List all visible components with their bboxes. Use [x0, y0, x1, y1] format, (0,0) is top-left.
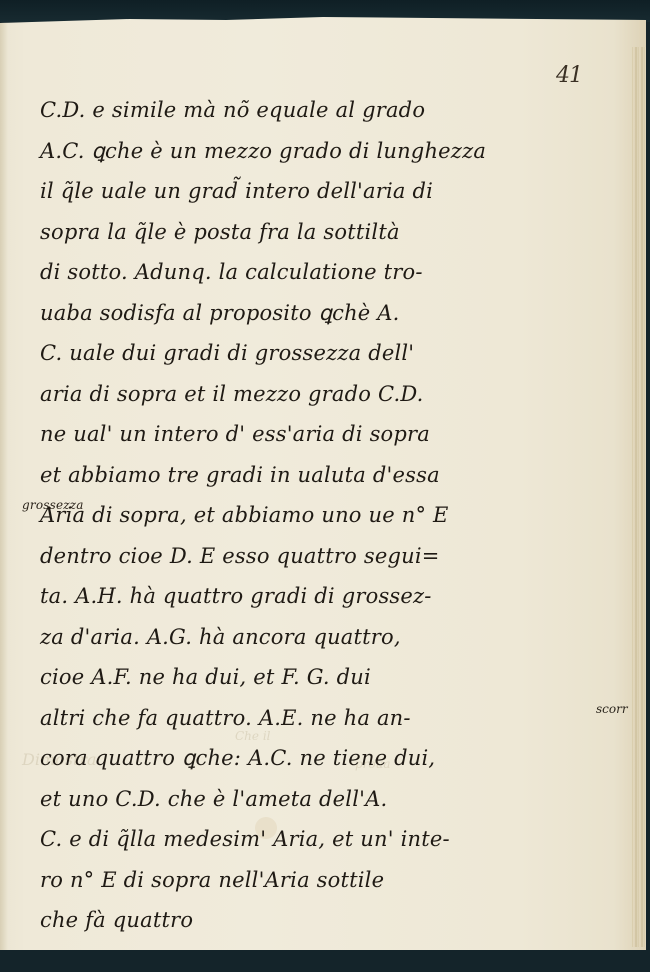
manuscript-line: C. e di q̃lla medesim' Aria, et un' inte…: [40, 824, 460, 865]
manuscript-line: za d'aria. A.G. hà ancora quattro,: [40, 622, 460, 663]
manuscript-text-block: C.D. e simile mà nõ equale al grado A.C.…: [40, 95, 460, 946]
manuscript-line: dentro cioe D. E esso quattro segui=: [40, 541, 460, 582]
manuscript-line: C. uale dui gradi di grossezza dell': [40, 338, 460, 379]
manuscript-line: che fà quattro: [40, 905, 460, 946]
manuscript-line: ro n° E di sopra nell'Aria sottile: [40, 865, 460, 906]
manuscript-line: et uno C.D. che è l'ameta dell'A.: [40, 784, 460, 825]
manuscript-line: sopra la q̃le è posta fra la sottiltà: [40, 217, 460, 258]
manuscript-line: il q̃le uale un grad̃ intero dell'aria d…: [40, 176, 460, 217]
manuscript-line: di sotto. Adunq. la calculatione tro-: [40, 257, 460, 298]
manuscript-page: 41 Dimostra Che il proua C.D. e simile m…: [0, 17, 646, 953]
manuscript-line: ta. A.H. hà quattro gradi di grossez-: [40, 581, 460, 622]
manuscript-line: uaba sodisfa al proposito ꝗchè A.: [40, 298, 460, 339]
manuscript-line: ne ual' un intero d' ess'aria di sopra: [40, 419, 460, 460]
folio-number: 41: [556, 63, 582, 88]
manuscript-line: cora quattro ꝗche: A.C. ne tiene dui,: [40, 743, 460, 784]
catchword: scorr: [596, 702, 628, 716]
page-edge-stack: [632, 47, 646, 947]
manuscript-line: C.D. e simile mà nõ equale al grado: [40, 95, 460, 136]
interlinear-insertion: grossezza: [22, 490, 84, 520]
manuscript-line: A.C. ꝗche è un mezzo grado di lunghezza: [40, 136, 460, 177]
manuscript-line: cioe A.F. ne ha dui, et F. G. dui: [40, 662, 460, 703]
manuscript-line-text: Aria di sopra, et abbiamo uno ue n° E: [40, 503, 449, 527]
scanner-background-bottom: [0, 950, 650, 972]
manuscript-line: aria di sopra et il mezzo grado C.D.: [40, 379, 460, 420]
manuscript-line: altri che fa quattro. A.E. ne ha an-: [40, 703, 460, 744]
manuscript-line: et abbiamo tre gradi in ualuta d'essa: [40, 460, 460, 501]
manuscript-line-with-correction: grossezza Aria di sopra, et abbiamo uno …: [40, 500, 460, 541]
